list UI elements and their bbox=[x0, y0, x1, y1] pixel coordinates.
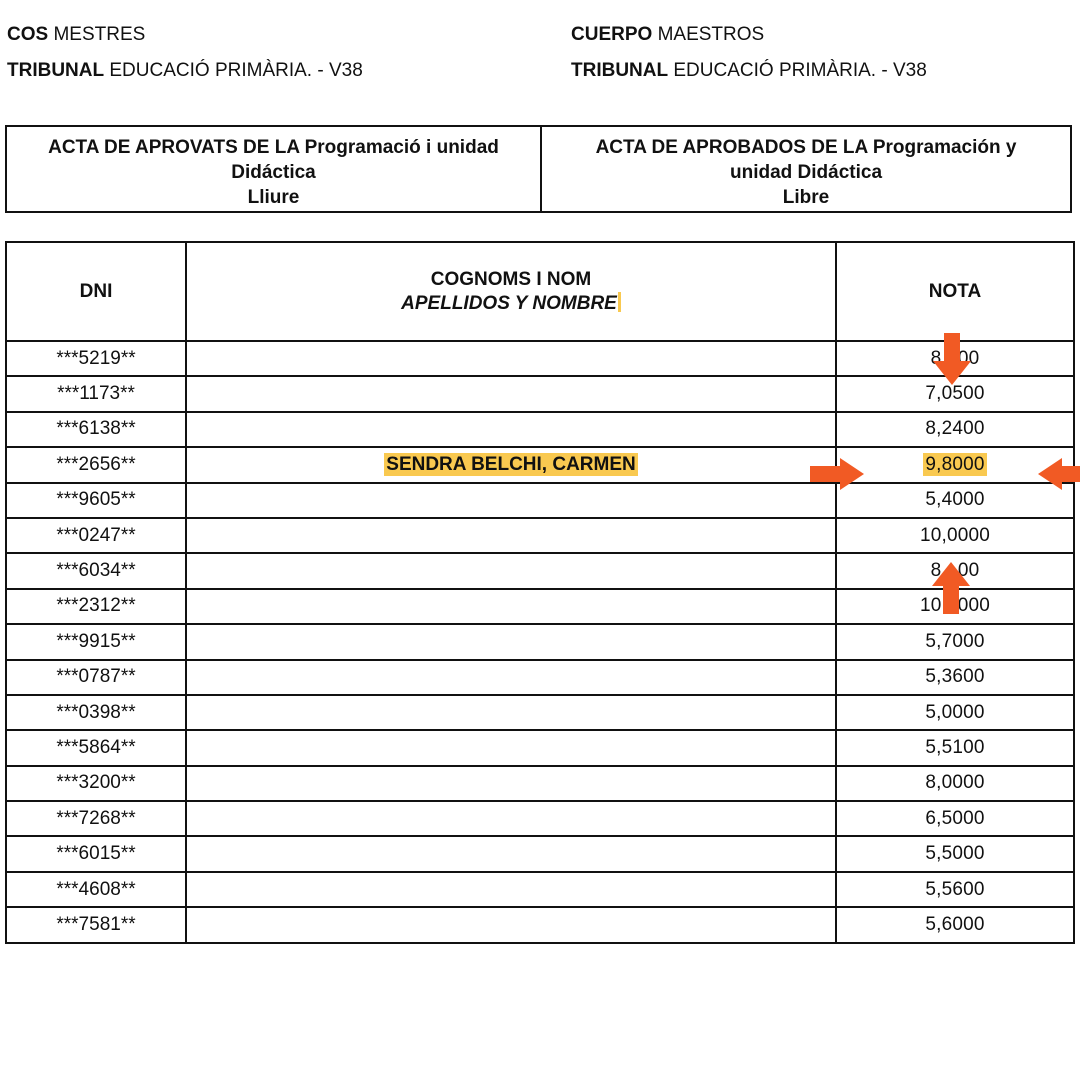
name-cell bbox=[186, 518, 836, 553]
name-cell bbox=[186, 483, 836, 518]
grade-text: 5,0000 bbox=[925, 702, 984, 723]
table-row: ***4608**5,5600 bbox=[6, 872, 1074, 907]
dni-cell: ***9915** bbox=[6, 624, 186, 659]
dni-cell: ***6138** bbox=[6, 412, 186, 447]
table-row: ***7581**5,6000 bbox=[6, 907, 1074, 942]
name-cell bbox=[186, 730, 836, 765]
acta-ca-line2: Didáctica bbox=[7, 160, 540, 185]
header-left-line1: COS MESTRES bbox=[7, 24, 145, 46]
name-cell bbox=[186, 589, 836, 624]
acta-title-catalan: ACTA DE APROVATS DE LA Programació i uni… bbox=[7, 127, 540, 211]
grade-cell: 5,3600 bbox=[836, 660, 1074, 695]
name-cell bbox=[186, 376, 836, 411]
column-header-name-es: APELLIDOS Y NOMBRE bbox=[187, 292, 835, 316]
table-row: ***0247**10,0000 bbox=[6, 518, 1074, 553]
name-cell bbox=[186, 836, 836, 871]
name-text: SENDRA BELCHI, CARMEN bbox=[384, 453, 637, 476]
grade-text: 8,2400 bbox=[925, 418, 984, 439]
grade-text: 5,5000 bbox=[925, 843, 984, 864]
grade-cell: 8,0000 bbox=[836, 766, 1074, 801]
grade-cell: 10,0000 bbox=[836, 518, 1074, 553]
table-row: ***5864**5,5100 bbox=[6, 730, 1074, 765]
name-cell bbox=[186, 766, 836, 801]
table-row: ***6138**8,2400 bbox=[6, 412, 1074, 447]
acta-es-line1: ACTA DE APROBADOS DE LA Programación y bbox=[542, 135, 1070, 160]
name-cell bbox=[186, 801, 836, 836]
dni-cell: ***2312** bbox=[6, 589, 186, 624]
table-row: ***3200**8,0000 bbox=[6, 766, 1074, 801]
acta-es-line2: unidad Didáctica bbox=[542, 160, 1070, 185]
grade-text: 5,6000 bbox=[925, 914, 984, 935]
table-row: ***9605**5,4000 bbox=[6, 483, 1074, 518]
column-header-dni: DNI bbox=[6, 242, 186, 341]
dni-cell: ***7268** bbox=[6, 801, 186, 836]
dni-cell: ***5219** bbox=[6, 341, 186, 376]
arrow-down-icon bbox=[933, 333, 971, 385]
column-header-name-ca: COGNOMS I NOM bbox=[187, 268, 835, 292]
name-cell bbox=[186, 412, 836, 447]
table-row: ***0398**5,0000 bbox=[6, 695, 1074, 730]
grade-text: 5,7000 bbox=[925, 631, 984, 652]
arrow-up-icon bbox=[932, 562, 970, 614]
table-row: ***6015**5,5000 bbox=[6, 836, 1074, 871]
dni-cell: ***6015** bbox=[6, 836, 186, 871]
text-cursor bbox=[618, 292, 621, 312]
table-row: ***2312**10,0000 bbox=[6, 589, 1074, 624]
acta-ca-line3: Lliure bbox=[7, 185, 540, 210]
header-right-line2: TRIBUNAL EDUCACIÓ PRIMÀRIA. - V38 bbox=[571, 60, 927, 82]
grade-cell: 6,5000 bbox=[836, 801, 1074, 836]
table-row: ***5219**8, 00 bbox=[6, 341, 1074, 376]
header-right-line1: CUERPO MAESTROS bbox=[571, 24, 764, 46]
name-cell bbox=[186, 907, 836, 942]
table-row: ***7268**6,5000 bbox=[6, 801, 1074, 836]
name-cell bbox=[186, 660, 836, 695]
name-cell: SENDRA BELCHI, CARMEN bbox=[186, 447, 836, 482]
column-header-grade: NOTA bbox=[836, 242, 1074, 341]
dni-cell: ***4608** bbox=[6, 872, 186, 907]
dni-cell: ***5864** bbox=[6, 730, 186, 765]
name-cell bbox=[186, 624, 836, 659]
dni-cell: ***7581** bbox=[6, 907, 186, 942]
name-cell bbox=[186, 553, 836, 588]
dni-cell: ***0398** bbox=[6, 695, 186, 730]
column-header-name: COGNOMS I NOM APELLIDOS Y NOMBRE bbox=[186, 242, 836, 341]
grade-cell: 5,5000 bbox=[836, 836, 1074, 871]
acta-title-spanish: ACTA DE APROBADOS DE LA Programación y u… bbox=[540, 127, 1070, 211]
table-row: ***1173**7,0500 bbox=[6, 376, 1074, 411]
name-cell bbox=[186, 872, 836, 907]
dni-cell: ***9605** bbox=[6, 483, 186, 518]
dni-cell: ***0787** bbox=[6, 660, 186, 695]
dni-cell: ***3200** bbox=[6, 766, 186, 801]
grade-cell: 5,7000 bbox=[836, 624, 1074, 659]
dni-cell: ***6034** bbox=[6, 553, 186, 588]
table-row: ***0787**5,3600 bbox=[6, 660, 1074, 695]
grade-text: 5,5100 bbox=[925, 737, 984, 758]
grade-text: 6,5000 bbox=[925, 808, 984, 829]
name-cell bbox=[186, 341, 836, 376]
grade-cell: 5,6000 bbox=[836, 907, 1074, 942]
acta-es-line3: Libre bbox=[542, 185, 1070, 210]
acta-title-box: ACTA DE APROVATS DE LA Programació i uni… bbox=[5, 125, 1072, 213]
dni-cell: ***0247** bbox=[6, 518, 186, 553]
grade-text: 5,3600 bbox=[925, 666, 984, 687]
acta-ca-line1: ACTA DE APROVATS DE LA Programació i uni… bbox=[7, 135, 540, 160]
grade-text: 7,0500 bbox=[925, 383, 984, 404]
table-header-row: DNI COGNOMS I NOM APELLIDOS Y NOMBRE NOT… bbox=[6, 242, 1074, 341]
grade-text: 10,0000 bbox=[920, 525, 990, 546]
grade-cell: 8,2400 bbox=[836, 412, 1074, 447]
grade-cell: 5,0000 bbox=[836, 695, 1074, 730]
grade-text: 9,8000 bbox=[923, 453, 986, 476]
table-row: ***6034**8, 00 bbox=[6, 553, 1074, 588]
arrow-right-icon bbox=[810, 458, 864, 490]
arrow-left-icon bbox=[1038, 458, 1080, 490]
table-row: ***9915**5,7000 bbox=[6, 624, 1074, 659]
grade-text: 5,4000 bbox=[925, 489, 984, 510]
grade-text: 5,5600 bbox=[925, 879, 984, 900]
table-row: ***2656**SENDRA BELCHI, CARMEN9,8000 bbox=[6, 447, 1074, 482]
grade-cell: 5,5100 bbox=[836, 730, 1074, 765]
grade-cell: 5,5600 bbox=[836, 872, 1074, 907]
name-cell bbox=[186, 695, 836, 730]
results-table: DNI COGNOMS I NOM APELLIDOS Y NOMBRE NOT… bbox=[5, 241, 1075, 944]
dni-cell: ***2656** bbox=[6, 447, 186, 482]
header-left-line2: TRIBUNAL EDUCACIÓ PRIMÀRIA. - V38 bbox=[7, 60, 363, 82]
grade-text: 8,0000 bbox=[925, 772, 984, 793]
dni-cell: ***1173** bbox=[6, 376, 186, 411]
